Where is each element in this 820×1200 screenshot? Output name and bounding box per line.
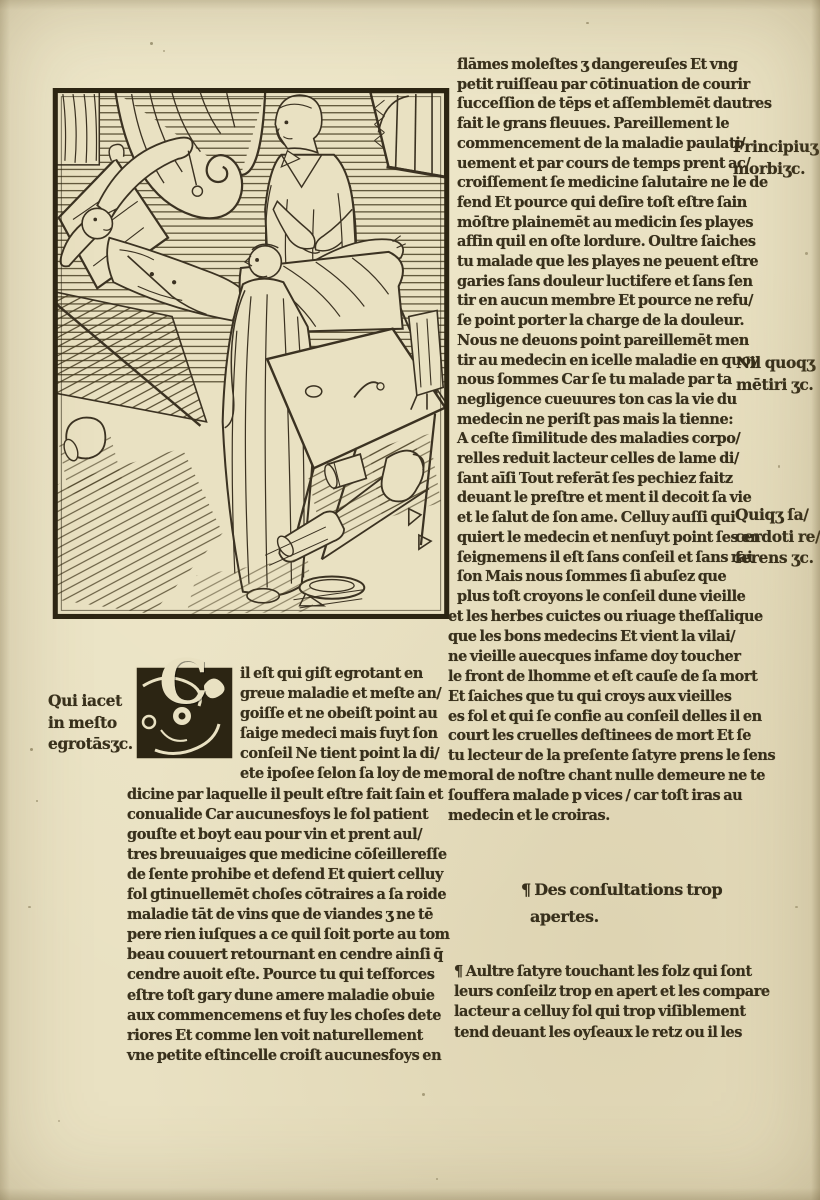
text-line: egrotāsʒc. [48, 733, 138, 755]
text-line: maladie tāt de vins que de viandes ʒ ne … [127, 905, 441, 925]
text-line: ete ipoſee ſelon ſa loy de me [127, 764, 441, 784]
book-page: Qui iacetin meſtoegrotāsʒc. Principiuʒmo… [0, 0, 820, 1200]
chapter-heading: ¶ Des conſultations tropapertes. [521, 876, 722, 930]
right-column-upper: flāmes moleſtes ʒ dangereuſes Et vngpeti… [457, 55, 747, 607]
ink-speck [795, 906, 798, 908]
text-line: court les cruelles deſtinees de mort Et … [448, 726, 766, 746]
ink-speck [30, 748, 33, 751]
ink-speck [586, 22, 589, 24]
text-line: moral de noſtre chant nulle demeure ne t… [448, 766, 766, 786]
right-column-lower: et les herbes cuictes ou riuage theſſali… [448, 607, 766, 826]
text-line: ne vieille auecques infame doy toucher [448, 647, 766, 667]
text-line: ſe point porter la charge de la douleur. [457, 311, 747, 331]
text-line: tu lecteur de la preſente ſatyre prens l… [448, 746, 766, 766]
text-line: vne petite eſtincelle croiſt aucunesfoys… [127, 1046, 441, 1066]
text-line: Et ſaiches que tu qui croys aux vieilles [448, 687, 766, 707]
ink-speck [150, 42, 153, 45]
text-line: fait le grans fleuues. Pareillement le [457, 114, 747, 134]
text-line: affin quil en oſte lordure. Oultre ſaich… [457, 232, 747, 252]
text-line: Nous ne deuons point pareillemēt men [457, 331, 747, 351]
text-line: Quiqʒ ſa/ [735, 504, 820, 526]
text-line: tu malade que les playes ne peuent eſtre [457, 252, 747, 272]
decorated-initial: C [135, 666, 234, 760]
text-line: ¶ Aultre ſatyre touchant les folz qui ſo… [454, 962, 772, 982]
text-line: in meſto [48, 712, 138, 734]
ink-speck [36, 800, 38, 802]
text-line: fend Et pource qui deſire toſt eſtre ſai… [457, 193, 747, 213]
text-line: A ceſte ſimilitude des maladies corpo/ [457, 429, 747, 449]
text-line: nous ſommes Car ſe tu malade par ta [457, 370, 747, 390]
text-line: de ſente prohibe et defend Et quiert cel… [127, 865, 441, 885]
text-line: fol gtinuellemēt choſes cōtraires a ſa r… [127, 885, 441, 905]
text-line: medecin et le croiras. [448, 806, 766, 826]
ink-speck [436, 1178, 438, 1180]
text-line: deuant le preſtre et ment il decoit ſa v… [457, 488, 747, 508]
text-line: gouſte et boyt eau pour vin et prent aul… [127, 825, 441, 845]
text-line: lacteur a celluy fol qui trop viſiblemen… [454, 1002, 772, 1022]
text-line: ſant aīſi Tout referāt ſes pechiez faitz [457, 469, 747, 489]
text-line: relles reduit lacteur celles de lame di/ [457, 449, 747, 469]
text-line: quiert le medecin et nenſuyt point ſes e… [457, 528, 747, 548]
text-line: ſon Mais nous ſommes ſi abuſez que [457, 567, 747, 587]
text-line: ¶ Des conſultations trop [521, 876, 722, 903]
text-line: beau couuert retournant en cendre ainſi … [127, 945, 441, 965]
text-line: medecin ne periſt pas mais la tienne: [457, 410, 747, 430]
text-line: tres breuuaiges que medicine cōſeillereſ… [127, 845, 441, 865]
text-line: aux commencemens et fuy les choſes dete [127, 1006, 441, 1026]
ink-speck [422, 1093, 425, 1096]
text-line: petit ruiſſeau par cōtinuation de courir [457, 75, 747, 95]
text-line: et les herbes cuictes ou riuage theſſali… [448, 607, 766, 627]
ink-speck [778, 465, 780, 468]
text-line: et le ſalut de ſon ame. Celluy auſſi qui [457, 508, 747, 528]
text-line: tend deuant les oyſeaux le retz ou il le… [454, 1023, 772, 1043]
left-column-full-lines: dicine par laquelle il peult eſtre fait … [127, 785, 441, 1066]
ink-speck [163, 50, 165, 52]
text-line: mētiri ʒc. [736, 374, 820, 396]
text-line: ſucceſſion de tēps et aſſemblemēt dautre… [457, 94, 747, 114]
text-line: tir au medecin en icelle maladie en quoy [457, 351, 747, 371]
text-line: garies ſans douleur luctifere et ſans ſe… [457, 272, 747, 292]
text-line: ſeignemens il eſt ſans conſeil et ſans r… [457, 548, 747, 568]
text-line: pere rien iuſques a ce quil ſoit porte a… [127, 925, 441, 945]
text-line: tir en aucun membre Et pource ne refu/ [457, 291, 747, 311]
text-line: negligence cueuures ton cas la vie du [457, 390, 747, 410]
marginal-note-left: Qui iacetin meſtoegrotāsʒc. [48, 690, 138, 755]
woodcut-illustration [52, 88, 450, 619]
text-line: que les bons medecins Et vient la vilai/ [448, 627, 766, 647]
ink-speck [58, 1120, 60, 1122]
text-line: croiſſement ſe medicine ſalutaire ne le … [457, 173, 747, 193]
text-line: eſtre toſt gary dune amere maladie obuie [127, 986, 441, 1006]
ink-speck [28, 906, 31, 908]
drop-cap-letter: C [159, 672, 208, 692]
text-line: uement et par cours de temps prent ac/ [457, 154, 747, 174]
text-line: plus toſt croyons le conſeil dune vieill… [457, 587, 747, 607]
text-line: ſouffera malade p vices / car toſt iras … [448, 786, 766, 806]
text-line: flāmes moleſtes ʒ dangereuſes Et vng [457, 55, 747, 75]
text-line: mōſtre plainemēt au medicin ſes playes [457, 213, 747, 233]
text-line: le front de lhomme et eſt cauſe de ſa mo… [448, 667, 766, 687]
text-line: leurs conſeilz trop en apert et les comp… [454, 982, 772, 1002]
text-line: es fol et qui ſe confie au conſeil delle… [448, 707, 766, 727]
left-column: C il eſt qui giſt egrotant engreue malad… [127, 664, 441, 1066]
text-line: conualide Car aucunesfoys le fol patient [127, 805, 441, 825]
text-line: dicine par laquelle il peult eſtre fait … [127, 785, 441, 805]
text-line: apertes. [521, 903, 722, 930]
text-line: commencement de la maladie paulati/ [457, 134, 747, 154]
text-line: riores Et comme len voit naturellement [127, 1026, 441, 1046]
text-line: Qui iacet [48, 690, 138, 712]
ink-speck [805, 252, 808, 255]
text-line: cendre auoit eſte. Pource tu qui teſforc… [127, 965, 441, 985]
next-chapter-paragraph: ¶ Aultre ſatyre touchant les folz qui ſo… [454, 962, 772, 1043]
